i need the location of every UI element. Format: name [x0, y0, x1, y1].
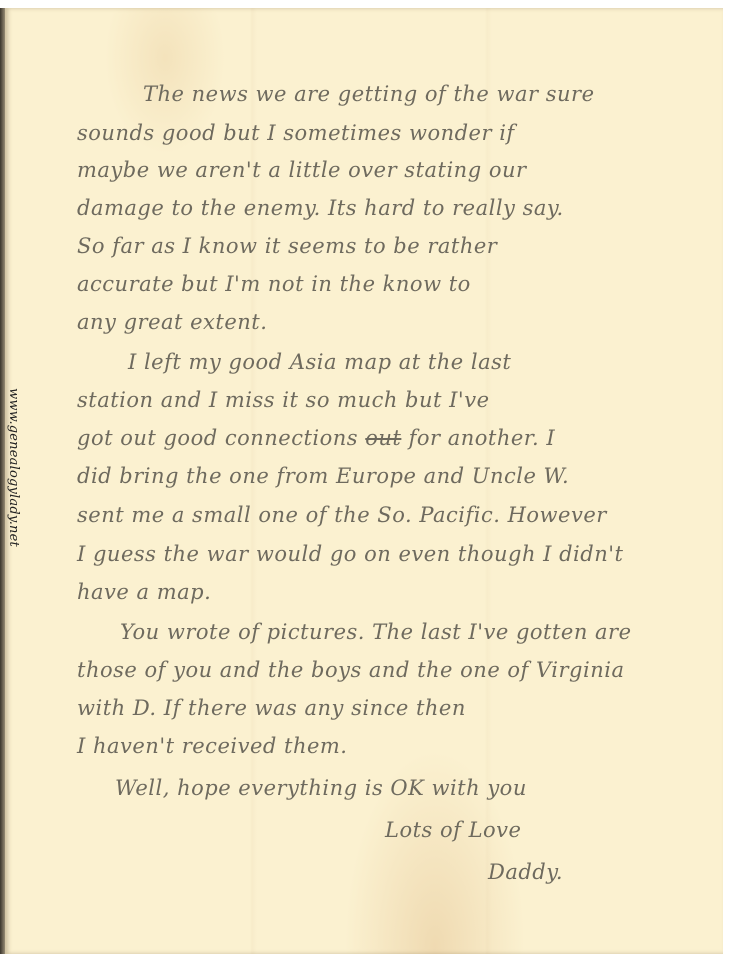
struck-word: out — [365, 426, 401, 450]
letter-line: I guess the war would go on even though … — [77, 542, 623, 566]
letter-line: I left my good Asia map at the last — [128, 350, 511, 374]
letter-line: I haven't received them. — [77, 734, 347, 758]
letter-line: did bring the one from Europe and Uncle … — [77, 464, 569, 488]
letter-line: those of you and the boys and the one of… — [77, 658, 624, 682]
watermark: www.genealogylady.net — [6, 388, 36, 588]
letter-line: have a map. — [77, 580, 211, 604]
letter-closing: Lots of Love — [385, 818, 521, 842]
watermark-text: www.genealogylady.net — [6, 388, 21, 547]
letter-line: So far as I know it seems to be rather — [77, 234, 497, 258]
letter-line-tail: for another. I — [409, 426, 556, 450]
letter-signature: Daddy. — [488, 860, 563, 884]
letter-line: You wrote of pictures. The last I've got… — [120, 620, 632, 644]
letter-line: sent me a small one of the So. Pacific. … — [77, 503, 607, 527]
letter-line: damage to the enemy. Its hard to really … — [77, 196, 564, 220]
letter-line: Well, hope everything is OK with you — [115, 776, 527, 800]
letter-line: any great extent. — [77, 310, 267, 334]
letter-line-text: got out good connections — [77, 426, 358, 450]
letter-line: station and I miss it so much but I've — [77, 388, 490, 412]
letter-line: sounds good but I sometimes wonder if — [77, 121, 515, 145]
letter-line: got out good connections out for another… — [77, 426, 555, 450]
letter-line: maybe we aren't a little over stating ou… — [77, 158, 527, 182]
letter-line: with D. If there was any since then — [77, 696, 466, 720]
letter-line: The news we are getting of the war sure — [143, 82, 595, 106]
letter-line: accurate but I'm not in the know to — [77, 272, 471, 296]
